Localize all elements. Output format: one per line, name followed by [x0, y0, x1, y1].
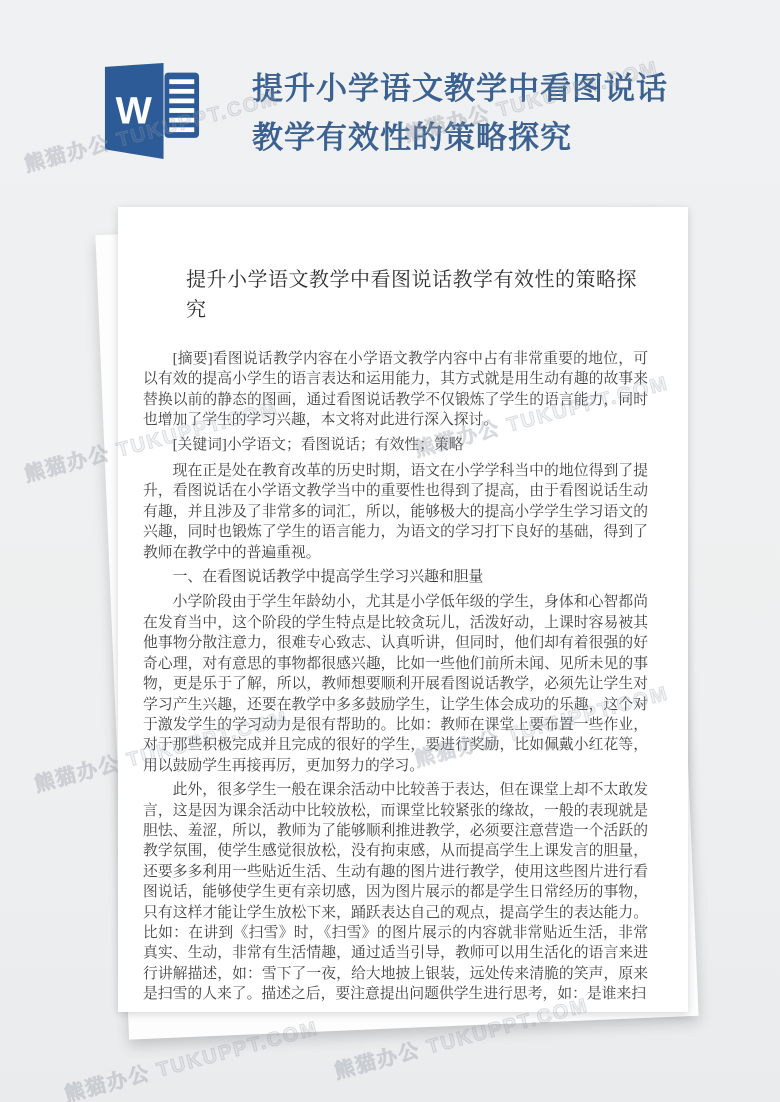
header: W 提升小学语文教学中看图说话 教学有效性的策略探究 [104, 62, 704, 172]
paragraph-heading: 一、在看图说话教学中提高学生学习兴趣和胆量 [143, 567, 648, 587]
paragraph-body: 现在正是处在教育改革的历史时期，语文在小学学科当中的地位得到了提升，看图说话在小… [143, 461, 648, 563]
document-page: 提升小学语文教学中看图说话教学有效性的策略探究 [摘要]看图说话教学内容在小学语… [118, 207, 688, 1012]
word-file-icon: W [104, 62, 200, 160]
page-background: W 提升小学语文教学中看图说话 教学有效性的策略探究 提升小学语文教学中看图说话… [0, 0, 780, 1102]
paragraph-keywords: [关键词]小学语文；看图说话；有效性；策略 [143, 435, 648, 455]
document-body: [摘要]看图说话教学内容在小学语文教学内容中占有非常重要的地位，可以有效的提高小… [143, 349, 648, 1005]
header-title-line2: 教学有效性的策略探究 [252, 113, 668, 162]
document-header-title: 提升小学语文教学中看图说话 教学有效性的策略探究 [252, 64, 668, 172]
paragraph-abstract: [摘要]看图说话教学内容在小学语文教学内容中占有非常重要的地位，可以有效的提高小… [143, 349, 648, 431]
paragraph-body: 此外，很多学生一般在课余活动中比较善于表达，但在课堂上却不太敢发言，这是因为课余… [143, 780, 648, 1004]
paragraph-body: 小学阶段由于学生年龄幼小，尤其是小学低年级的学生，身体和心智都尚在发育当中，这个… [143, 592, 648, 776]
document-title: 提升小学语文教学中看图说话教学有效性的策略探究 [186, 265, 642, 325]
header-title-line1: 提升小学语文教学中看图说话 [252, 64, 668, 113]
word-icon-letter: W [116, 89, 153, 132]
